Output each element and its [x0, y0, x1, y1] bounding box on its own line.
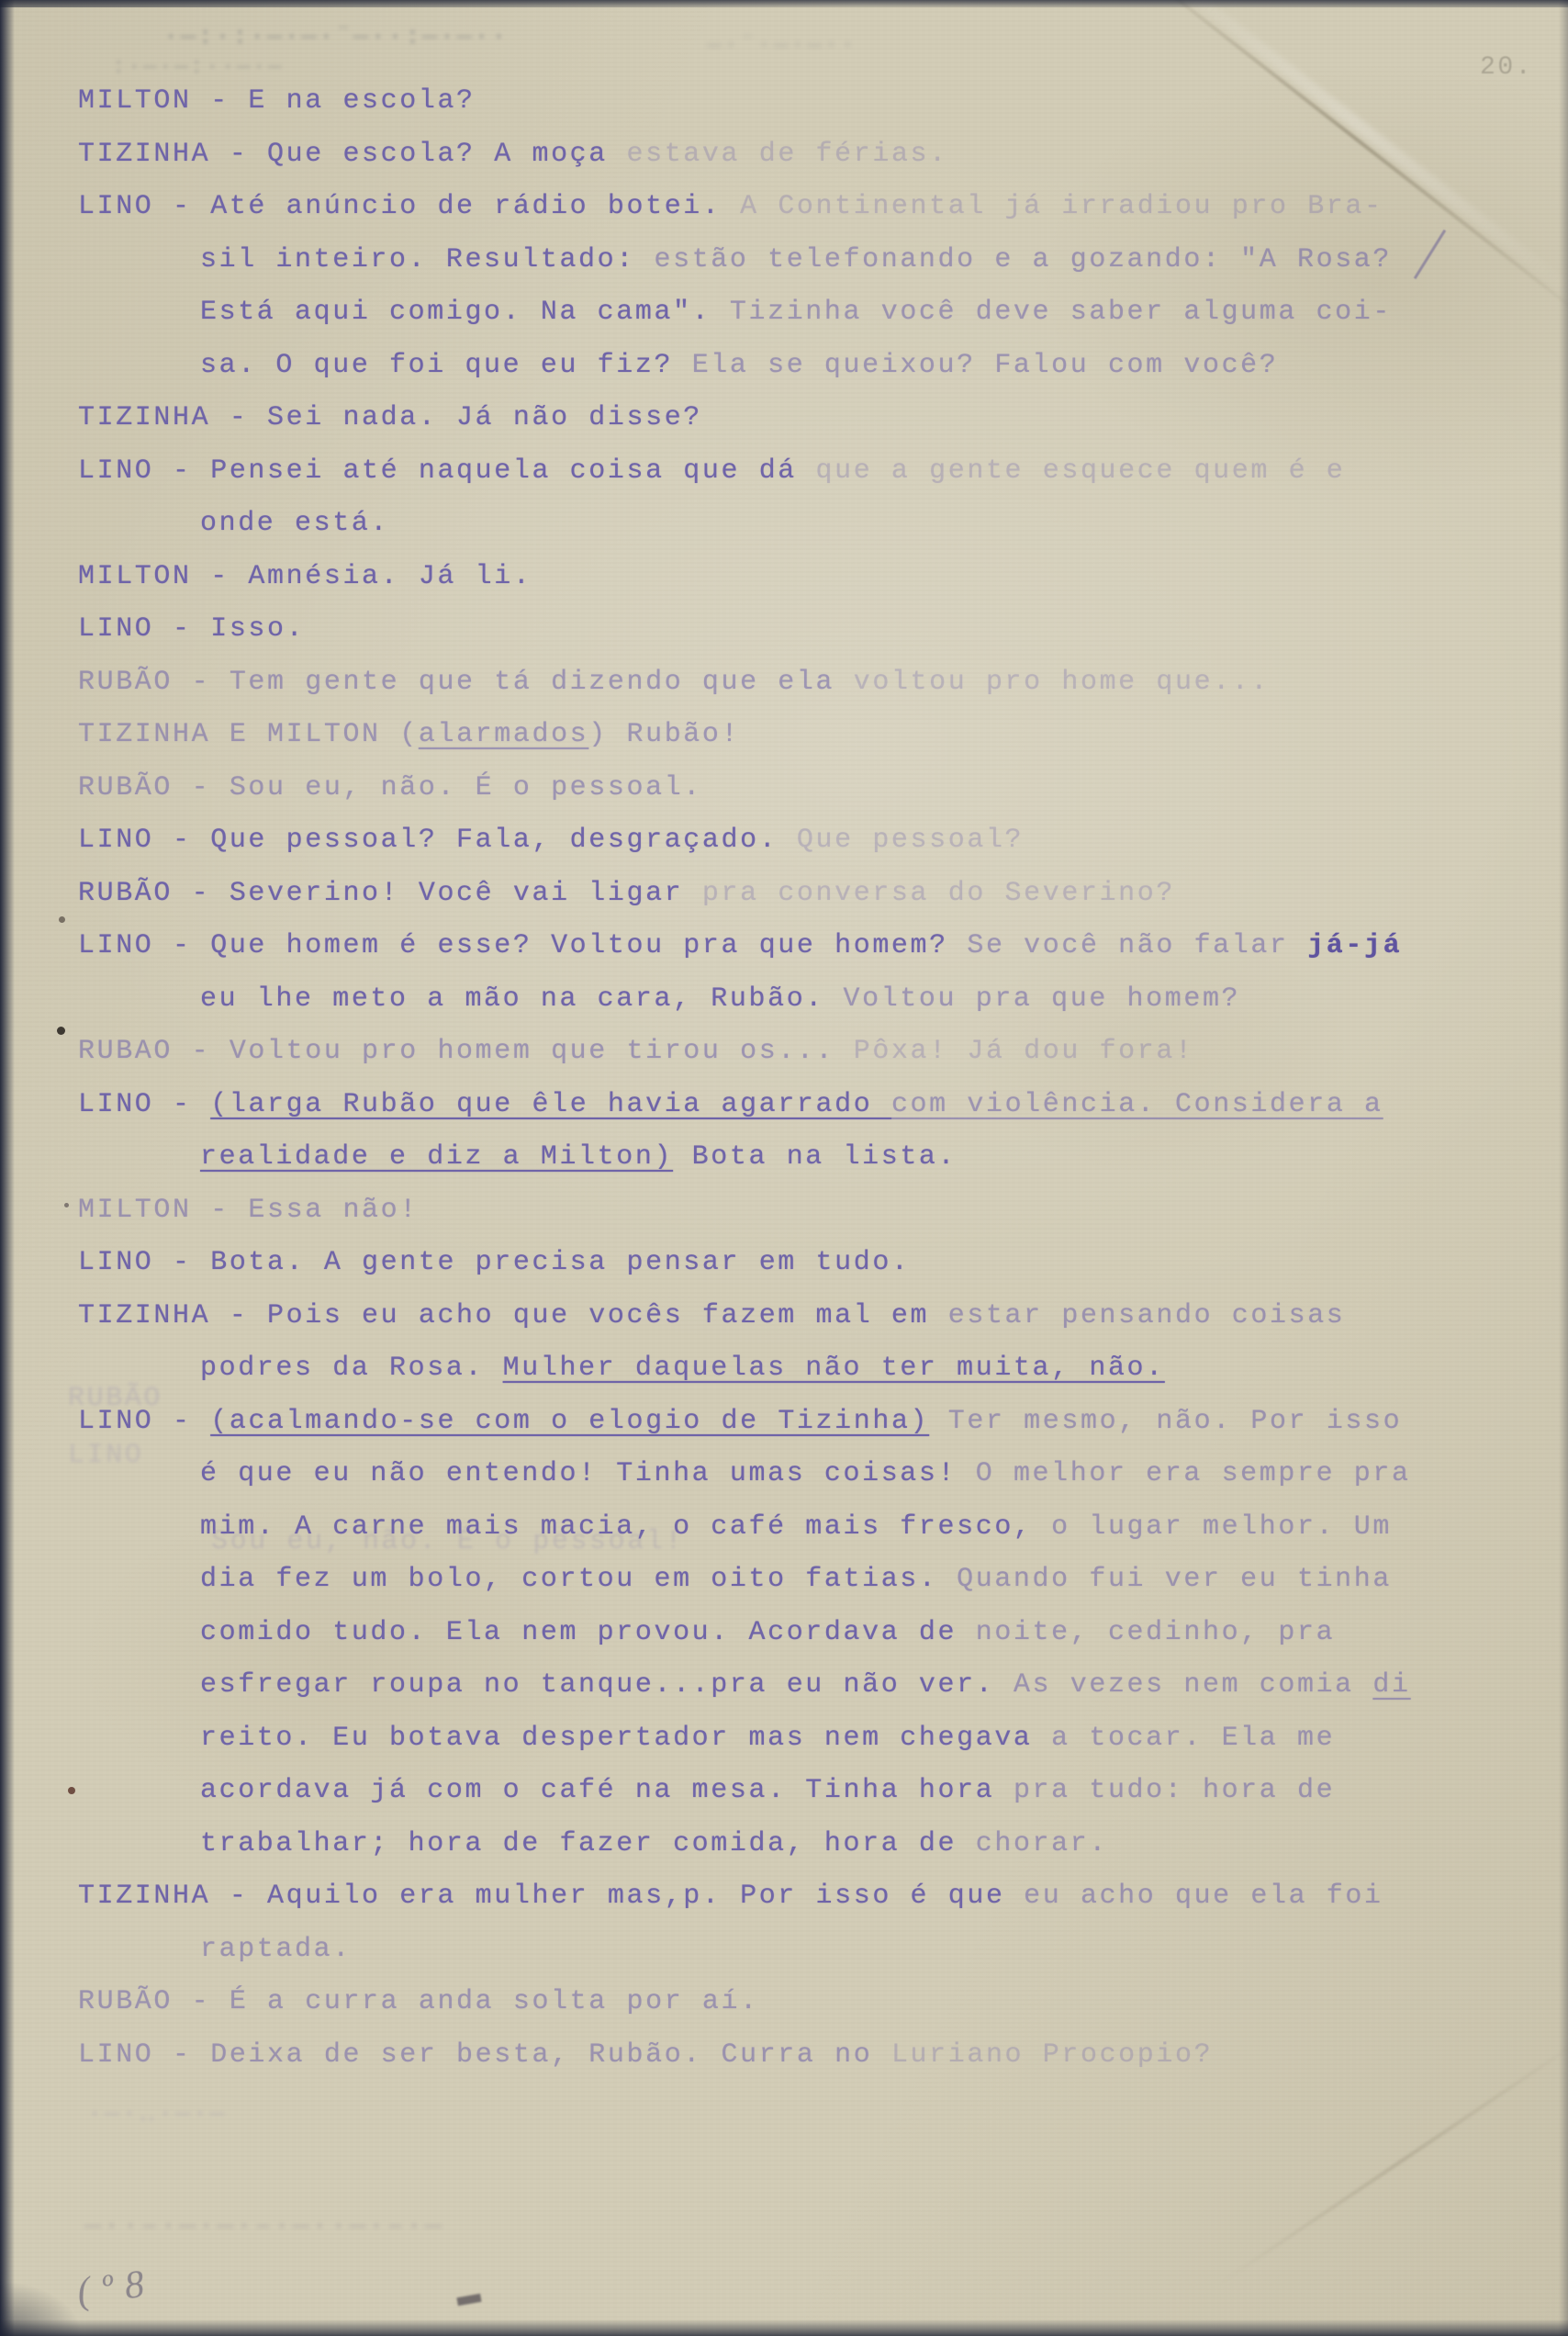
script-text-segment: trabalhar; hora de fazer comida, hora de: [200, 1828, 976, 1859]
script-text-segment: ) Rubão!: [588, 719, 740, 750]
script-line: MILTON - Amnésia. Já li.: [0, 551, 1568, 604]
script-line: LINO - Que pessoal? Fala, desgraçado. Qu…: [0, 814, 1568, 868]
script-text-segment: TIZINHA - Que escola? A moça: [78, 139, 627, 170]
script-text-segment: o lugar melhor. Um: [1051, 1511, 1392, 1543]
script-text-segment: TIZINHA E MILTON (: [78, 719, 419, 750]
script-line: acordava já com o café na mesa. Tinha ho…: [0, 1765, 1568, 1818]
script-line: dia fez um bolo, cortou em oito fatias. …: [0, 1554, 1568, 1607]
script-text-segment: TIZINHA - Aquilo era mulher mas,p. Por i…: [78, 1881, 1024, 1912]
script-text-segment: RUBÃO - É a curra anda solta por aí.: [78, 1986, 759, 2017]
script-text-segment: O melhor era sempre pra: [976, 1458, 1411, 1489]
script-text-segment: eu lhe meto a mão na cara, Rubão.: [200, 983, 844, 1015]
scan-corner-shadow: [0, 2281, 83, 2336]
ghost-impression: —·¨·—·—··: [707, 31, 857, 59]
script-line: TIZINHA - Que escola? A moça estava de f…: [0, 129, 1568, 182]
script-line: trabalhar; hora de fazer comida, hora de…: [0, 1818, 1568, 1871]
script-text-segment: RUBÃO - Sou eu, não. É o pessoal.: [78, 772, 702, 803]
script-text-segment: mim. A carne mais macia, o café mais fre…: [200, 1511, 1051, 1543]
script-text-segment: As vezes nem comia: [1014, 1669, 1372, 1701]
script-line: LINO - Deixa de ser besta, Rubão. Curra …: [0, 2029, 1568, 2083]
script-text-segment: di: [1372, 1669, 1410, 1701]
script-text-segment: LINO - Que homem é esse? Voltou pra que …: [78, 930, 967, 961]
script-line: sa. O que foi que eu fiz? Ela se queixou…: [0, 340, 1568, 393]
ink-mark: [456, 2294, 481, 2306]
script-text-segment: LINO - Deixa de ser besta, Rubão. Curra …: [78, 2039, 891, 2071]
script-text-segment: acordava já com o café na mesa. Tinha ho…: [200, 1775, 1014, 1806]
script-line: LINO - Isso.: [0, 603, 1568, 657]
script-text-segment: podres da Rosa.: [200, 1353, 503, 1384]
script-text-segment: pra tudo: hora de: [1014, 1775, 1335, 1806]
script-text-segment: A Continental já irradiou pro Bra-: [740, 191, 1383, 222]
script-text-segment: sa. O que foi que eu fiz?: [200, 350, 692, 381]
script-text-segment: TIZINHA - Sei nada. Já não disse?: [78, 402, 702, 433]
script-text-segment: reito. Eu botava despertador mas nem che…: [200, 1723, 1051, 1754]
script-line: TIZINHA - Aquilo era mulher mas,p. Por i…: [0, 1870, 1568, 1924]
script-text-segment: LINO - Bota. A gente precisa pensar em t…: [78, 1247, 911, 1278]
script-line: é que eu não entendo! Tinha umas coisas!…: [0, 1448, 1568, 1501]
script-text-segment: já-já: [1307, 930, 1402, 961]
script-text-segment: Mulher daquelas não ter muita, não.: [503, 1353, 1165, 1384]
script-text-segment: a tocar. Ela me: [1051, 1723, 1335, 1754]
script-text-segment: Se você não falar: [967, 930, 1307, 961]
script-line: TIZINHA E MILTON (alarmados) Rubão!: [0, 709, 1568, 762]
script-text-segment: Ela se queixou? Falou com você?: [692, 350, 1279, 381]
script-text-segment: TIZINHA - Pois eu acho que vocês fazem m…: [78, 1300, 948, 1331]
script-text-segment: é que eu não entendo! Tinha umas coisas!: [200, 1458, 976, 1489]
script-line: raptada.: [0, 1924, 1568, 1977]
script-text-segment: dia fez um bolo, cortou em oito fatias.: [200, 1564, 957, 1595]
script-line: sil inteiro. Resultado: estão telefonand…: [0, 234, 1568, 287]
scan-edge-bottom: [0, 2319, 1568, 2336]
script-line: RUBÃO - Sou eu, não. É o pessoal.: [0, 762, 1568, 815]
script-line: RUBÃO - É a curra anda solta por aí.: [0, 1976, 1568, 2029]
script-text-segment: Pôxa! Já dou fora!: [854, 1036, 1194, 1067]
script-line: onde está.: [0, 498, 1568, 551]
script-text-segment: RUBAO - Voltou pro homem que tirou os...: [78, 1036, 854, 1067]
script-line: esfregar roupa no tanque...pra eu não ve…: [0, 1659, 1568, 1713]
script-line: LINO - Que homem é esse? Voltou pra que …: [0, 920, 1568, 973]
script-line: Está aqui comigo. Na cama". Tizinha você…: [0, 286, 1568, 340]
script-text-segment: (acalmando-se com o elogio de Tizinha): [210, 1406, 929, 1437]
ghost-impression: ·—:·:·—·—·¨—··:—·—··: [163, 24, 509, 51]
script-line: RUBAO - Voltou pro homem que tirou os...…: [0, 1026, 1568, 1079]
script-text-segment: MILTON - Essa não!: [78, 1195, 419, 1226]
script-text-segment: MILTON - Amnésia. Já li.: [78, 561, 532, 592]
script-text-segment: noite, cedinho, pra: [976, 1617, 1335, 1648]
script-text-segment: estava de férias.: [627, 139, 948, 170]
script-line: RUBÃO - Tem gente que tá dizendo que ela…: [0, 657, 1568, 710]
script-text-segment: LINO - Pensei até naquela coisa que dá: [78, 455, 816, 487]
script-line: TIZINHA - Sei nada. Já não disse?: [0, 392, 1568, 445]
script-line: realidade e diz a Milton) Bota na lista.: [0, 1131, 1568, 1185]
scan-edge-top: [0, 0, 1568, 7]
script-text-segment: chorar.: [976, 1828, 1108, 1859]
script-text-segment: estar pensando coisas: [948, 1300, 1346, 1331]
script-dialog-text: MILTON - E na escola?TIZINHA - Que escol…: [0, 75, 1568, 2082]
script-line: mim. A carne mais macia, o café mais fre…: [0, 1501, 1568, 1555]
script-text-segment: realidade e diz a Milton): [200, 1141, 673, 1173]
script-text-segment: estão telefonando e a gozando: "A Rosa?: [654, 244, 1392, 275]
script-text-segment: LINO - Até anúncio de rádio botei.: [78, 191, 740, 222]
script-text-segment: Que pessoal?: [797, 825, 1024, 856]
script-text-segment: onde está.: [200, 508, 389, 539]
script-text-segment: esfregar roupa no tanque...pra eu não ve…: [200, 1669, 1014, 1701]
script-line: TIZINHA - Pois eu acho que vocês fazem m…: [0, 1290, 1568, 1343]
script-line: eu lhe meto a mão na cara, Rubão. Voltou…: [0, 973, 1568, 1027]
script-text-segment: RUBÃO - Severino! Você vai ligar: [78, 878, 702, 909]
script-text-segment: LINO -: [78, 1406, 210, 1437]
script-text-segment: alarmados: [419, 719, 588, 750]
ghost-impression: ( º 8: [74, 2263, 147, 2315]
script-line: reito. Eu botava despertador mas nem che…: [0, 1713, 1568, 1766]
script-text-segment: LINO -: [78, 1089, 210, 1120]
script-text-segment: Luriano Procopio?: [891, 2039, 1213, 2071]
script-text-segment: LINO - Isso.: [78, 613, 305, 645]
script-line: LINO - Até anúncio de rádio botei. A Con…: [0, 181, 1568, 234]
script-text-segment: Ter mesmo, não. Por isso: [929, 1406, 1402, 1437]
script-text-segment: Tizinha você deve saber alguma coi-: [730, 297, 1392, 328]
script-text-segment: pra conversa do Severino?: [702, 878, 1175, 909]
scanned-script-page: ·—:·:·—·—·¨—··:—·—··:·—·—:··—·——·¨·—·—··…: [0, 0, 1568, 2336]
script-line: LINO - (larga Rubão que êle havia agarra…: [0, 1079, 1568, 1132]
script-line: LINO - Bota. A gente precisa pensar em t…: [0, 1237, 1568, 1290]
ghost-impression: ·—·‥·—·—: [87, 2098, 227, 2128]
script-text-segment: que a gente esquece quem é e: [816, 455, 1346, 487]
ghost-impression: —··–·—·—·–·—··—·–·—: [84, 2211, 443, 2242]
script-line: MILTON - E na escola?: [0, 75, 1568, 129]
script-text-segment: Voltou pra que homem?: [844, 983, 1241, 1015]
script-line: podres da Rosa. Mulher daquelas não ter …: [0, 1342, 1568, 1396]
script-text-segment: eu acho que ela foi: [1024, 1881, 1383, 1912]
script-text-segment: sil inteiro. Resultado:: [200, 244, 654, 275]
script-text-segment: (larga Rubão que êle havia agarrado: [210, 1089, 891, 1120]
script-text-segment: comido tudo. Ela nem provou. Acordava de: [200, 1617, 976, 1648]
script-line: comido tudo. Ela nem provou. Acordava de…: [0, 1607, 1568, 1660]
script-text-segment: LINO - Que pessoal? Fala, desgraçado.: [78, 825, 797, 856]
script-text-segment: raptada.: [200, 1934, 352, 1965]
script-line: RUBÃO - Severino! Você vai ligar pra con…: [0, 868, 1568, 921]
script-text-segment: voltou pro home que...: [854, 667, 1270, 698]
script-text-segment: MILTON - E na escola?: [78, 85, 476, 117]
script-text-segment: Bota na lista.: [673, 1141, 957, 1173]
script-text-segment: RUBÃO - Tem gente que tá dizendo que ela: [78, 667, 854, 698]
script-text-segment: Quando fui ver eu tinha: [957, 1564, 1392, 1595]
script-text-segment: Está aqui comigo. Na cama".: [200, 297, 730, 328]
script-line: LINO - (acalmando-se com o elogio de Tiz…: [0, 1396, 1568, 1449]
script-line: LINO - Pensei até naquela coisa que dá q…: [0, 445, 1568, 499]
script-line: MILTON - Essa não!: [0, 1185, 1568, 1238]
script-text-segment: com violência. Considera a: [891, 1089, 1383, 1120]
